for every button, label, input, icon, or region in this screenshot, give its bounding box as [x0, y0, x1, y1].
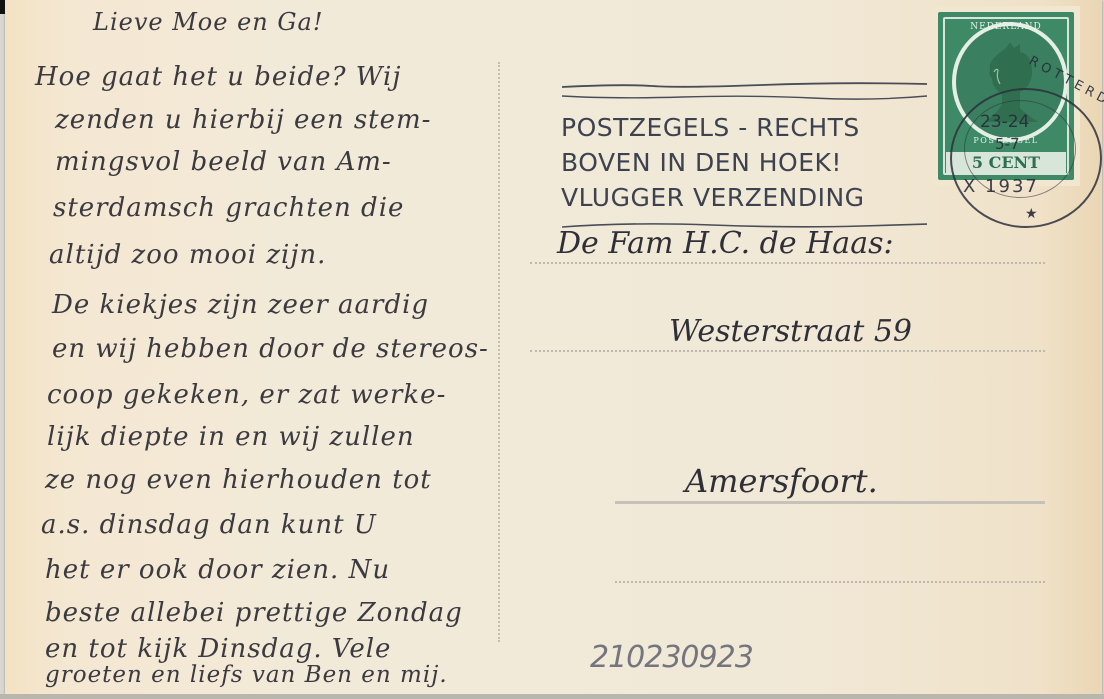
greeting: Lieve Moe en Ga! — [93, 8, 323, 36]
slogan-line-2: BOVEN IN DEN HOEK! — [561, 145, 865, 180]
stamp-country: NEDERLAND — [938, 22, 1074, 32]
postmark-star-icon: ★ — [1025, 206, 1038, 222]
cancellation-wave-second — [562, 92, 927, 102]
address-city: Amersfoort. — [685, 462, 878, 500]
address-recipient: De Fam H.C. de Haas: — [557, 226, 894, 261]
archive-number: 210230923 — [590, 640, 753, 675]
message-line-14: en tot kijk Dinsdag. Vele — [45, 634, 391, 664]
message-line-13: beste allebei prettige Zondag — [45, 598, 463, 628]
message-line-10: ze nog even hierhouden tot — [45, 465, 432, 495]
cancellation-wave-top — [562, 82, 927, 92]
message-line-2: zenden u hierbij een stem- — [55, 105, 431, 135]
slogan-line-1: POSTZEGELS - RECHTS — [561, 110, 865, 145]
message-line-3: mingsvol beeld van Am- — [55, 147, 392, 177]
postcard: Lieve Moe en Ga! Hoe gaat het u beide? W… — [5, 0, 1102, 694]
message-line-1: Hoe gaat het u beide? Wij — [35, 62, 401, 92]
postmark-year: X 1937 — [963, 176, 1039, 197]
address-line-1 — [530, 262, 1045, 264]
message-line-9: lijk diepte in en wij zullen — [47, 422, 415, 452]
slogan-line-3: VLUGGER VERZENDING — [561, 180, 865, 215]
postmark-time: 5-7 — [995, 135, 1020, 153]
message-line-4: sterdamsch grachten die — [53, 193, 404, 223]
scan-corner-mark — [0, 0, 5, 14]
message-line-11: a.s. dinsdag dan kunt U — [41, 510, 377, 540]
message-line-7: en wij hebben door de stereos- — [52, 334, 489, 364]
message-line-12: het er ook door zien. Nu — [45, 555, 390, 585]
message-line-15: groeten en liefs van Ben en mij. — [45, 662, 448, 688]
address-line-3 — [615, 501, 1045, 504]
address-line-4 — [615, 581, 1045, 583]
address-line-2 — [530, 350, 1045, 352]
postmark-date: 23-24 — [980, 112, 1029, 132]
center-divider — [498, 62, 500, 642]
address-street: Westerstraat 59 — [669, 314, 912, 349]
message-line-6: De kiekjes zijn zeer aardig — [52, 290, 429, 320]
message-line-5: altijd zoo mooi zijn. — [49, 240, 326, 270]
scan-bottom-edge — [0, 694, 1104, 699]
cancellation-slogan: POSTZEGELS - RECHTS BOVEN IN DEN HOEK! V… — [561, 110, 865, 215]
message-line-8: coop gekeken, er zat werke- — [47, 380, 446, 410]
